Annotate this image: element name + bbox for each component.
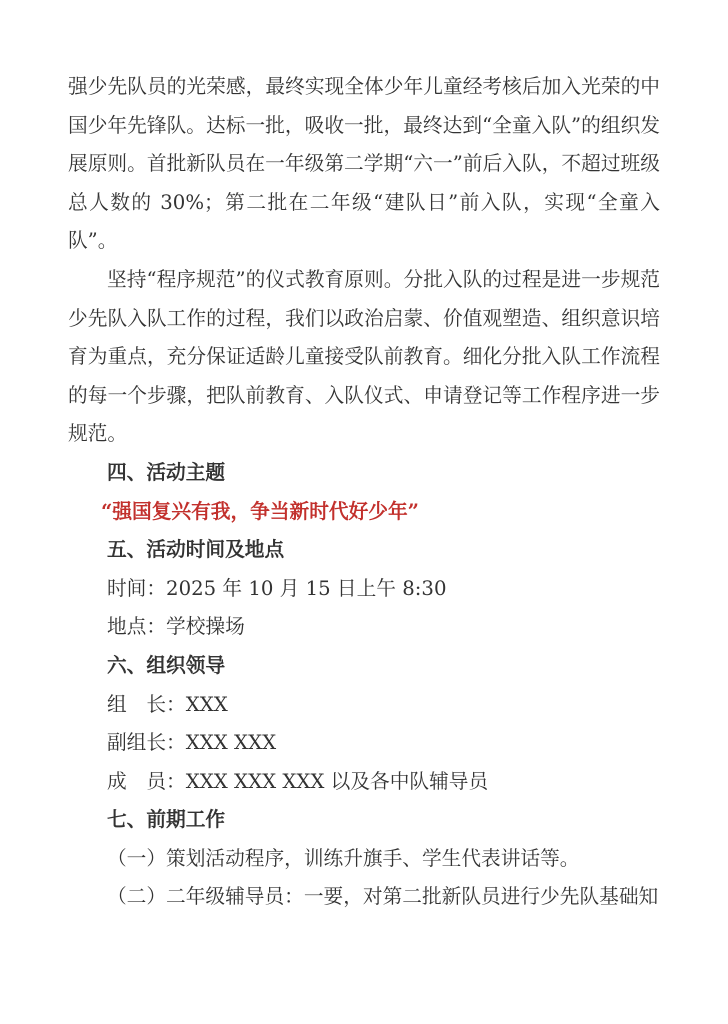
info-line-time: 时间：2025 年 10 月 15 日上午 8:30 (68, 570, 660, 609)
paragraph-membership-development-principle: 强少先队员的光荣感，最终实现全体少年儿童经考核后加入光荣的中国少年先锋队。达标一… (68, 68, 660, 261)
document-page: 强少先队员的光荣感，最终实现全体少年儿童经考核后加入光荣的中国少年先锋队。达标一… (0, 0, 728, 1024)
info-line-deputy-leader: 副组长：XXX XXX (68, 724, 660, 763)
info-line-members: 成 员：XXX XXX XXX 以及各中队辅导员 (68, 763, 660, 802)
list-item-grade2-counselors: （二）二年级辅导员：一要，对第二批新队员进行少先队基础知 (68, 878, 660, 917)
section-heading-activity-theme: 四、活动主题 (68, 454, 660, 493)
info-line-group-leader: 组 长：XXX (68, 686, 660, 725)
activity-theme-slogan: “强国复兴有我，争当新时代好少年” (68, 493, 660, 532)
list-item-plan-program: （一）策划活动程序，训练升旗手、学生代表讲话等。 (68, 840, 660, 879)
info-line-place: 地点：学校操场 (68, 608, 660, 647)
section-heading-preliminary-work: 七、前期工作 (68, 801, 660, 840)
section-heading-organization-leadership: 六、组织领导 (68, 647, 660, 686)
document-body: 强少先队员的光荣感，最终实现全体少年儿童经考核后加入光荣的中国少年先锋队。达标一… (68, 68, 660, 917)
section-heading-time-and-place: 五、活动时间及地点 (68, 531, 660, 570)
paragraph-procedure-standard-principle: 坚持“程序规范”的仪式教育原则。分批入队的过程是进一步规范少先队入队工作的过程，… (68, 261, 660, 454)
